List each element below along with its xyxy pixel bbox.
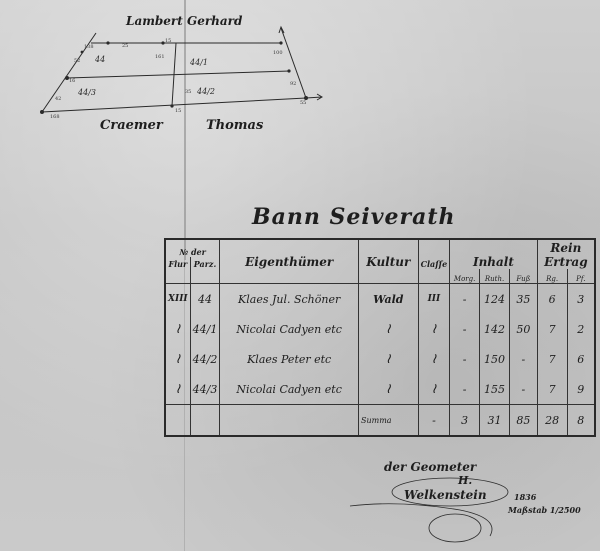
ruthen-cell: 142	[480, 314, 510, 344]
neighbor-owner-bottom-right: Thomas	[206, 118, 263, 133]
ditto-mark: ≀	[386, 321, 391, 337]
fuss-cell: -	[509, 374, 537, 405]
pf-cell: 9	[567, 374, 595, 405]
morgen-cell: -	[450, 284, 480, 315]
svg-text:168: 168	[50, 114, 60, 120]
header-ruthen: Ruth.	[480, 269, 510, 284]
summa-label: Summa	[358, 405, 418, 437]
ruthen-cell: 150	[480, 344, 510, 374]
header-morgen: Morg.	[450, 269, 480, 284]
svg-text:44/2: 44/2	[196, 87, 215, 96]
flur-cell: ≀	[165, 314, 190, 344]
signature-year: 1836	[514, 492, 536, 502]
pf-cell: 6	[567, 344, 595, 374]
geometer-signature: Welkenstein	[404, 488, 487, 502]
summa-pf: 8	[567, 405, 595, 437]
rg-cell: 6	[537, 284, 567, 315]
pf-cell: 2	[567, 314, 595, 344]
header-reinertrag: Rein Ertrag	[537, 239, 595, 269]
owner-cell: Klaes Peter etc	[220, 344, 359, 374]
table-row: ≀ 44/3 Nicolai Cadyen etc ≀ ≀ - 155 - 7 …	[165, 374, 595, 405]
flur-cell: XIII	[165, 284, 190, 315]
fuss-cell: 50	[509, 314, 537, 344]
ditto-mark: ≀	[386, 351, 391, 367]
svg-text:44: 44	[94, 55, 105, 64]
kultur-cell: Wald	[358, 284, 418, 315]
parcel-sketch-map: 44 44/1 44/3 44/2 138 25 15 161 100 35 1…	[0, 0, 600, 150]
kultur-cell: ≀	[358, 344, 418, 374]
header-parzelle: Parz.	[190, 257, 220, 269]
header-kultur: Kultur	[358, 239, 418, 269]
owner-cell: Nicolai Cadyen etc	[220, 374, 359, 405]
ruthen-cell: 124	[480, 284, 510, 315]
ditto-mark: ≀	[431, 321, 436, 337]
svg-text:25: 25	[122, 43, 128, 49]
svg-text:161: 161	[155, 54, 165, 60]
svg-text:55: 55	[300, 100, 306, 106]
geometer-label: der Geometer	[384, 460, 476, 474]
header-inhalt: Inhalt	[450, 239, 538, 269]
parzelle-cell: 44	[190, 284, 220, 315]
neighbor-owner-bottom-left: Craemer	[100, 118, 163, 133]
parzelle-cell: 44/1	[190, 314, 220, 344]
pf-cell: 3	[567, 284, 595, 315]
kultur-cell: ≀	[358, 374, 418, 405]
rg-cell: 7	[537, 314, 567, 344]
svg-text:15: 15	[165, 38, 171, 44]
ditto-mark: ≀	[431, 381, 436, 397]
klasse-cell: ≀	[418, 344, 450, 374]
document-title: Bann Seiverath	[252, 204, 456, 230]
flur-cell: ≀	[165, 344, 190, 374]
header-nr-der: № der	[165, 239, 220, 257]
parzelle-cell: 44/2	[190, 344, 220, 374]
svg-text:44/1: 44/1	[189, 58, 208, 67]
svg-text:100: 100	[273, 50, 283, 56]
rg-cell: 7	[537, 374, 567, 405]
ditto-mark: ≀	[175, 381, 180, 397]
header-flur: Flur	[165, 257, 190, 269]
svg-text:92: 92	[290, 81, 296, 87]
svg-text:52: 52	[74, 58, 80, 64]
header-rg: Rg.	[537, 269, 567, 284]
table-row: ≀ 44/1 Nicolai Cadyen etc ≀ ≀ - 142 50 7…	[165, 314, 595, 344]
svg-text:42: 42	[55, 96, 61, 102]
morgen-cell: -	[450, 314, 480, 344]
svg-text:15: 15	[175, 108, 181, 114]
rg-cell: 7	[537, 344, 567, 374]
kultur-cell: ≀	[358, 314, 418, 344]
map-scale: Maßstab 1/2500	[508, 505, 581, 515]
summa-fuss: 85	[509, 405, 537, 437]
header-klasse: Claſſe	[418, 239, 450, 269]
geometer-initial: H.	[458, 474, 472, 487]
parzelle-cell: 44/3	[190, 374, 220, 405]
summa-morgen: 3	[450, 405, 480, 437]
flur-cell: ≀	[165, 374, 190, 405]
owner-cell: Nicolai Cadyen etc	[220, 314, 359, 344]
svg-text:44/3: 44/3	[77, 88, 96, 97]
summa-rg: 28	[537, 405, 567, 437]
klasse-cell: ≀	[418, 374, 450, 405]
klasse-cell: III	[418, 284, 450, 315]
fuss-cell: 35	[509, 284, 537, 315]
summa-klasse: -	[418, 405, 450, 437]
ditto-mark: ≀	[175, 321, 180, 337]
ditto-mark: ≀	[431, 351, 436, 367]
header-eigenthuemer: Eigenthümer	[220, 239, 359, 269]
klasse-cell: ≀	[418, 314, 450, 344]
neighbor-owner-top: Lambert Gerhard	[126, 14, 242, 28]
ditto-mark: ≀	[386, 381, 391, 397]
header-fuss: Fuß	[509, 269, 537, 284]
header-pf: Pf.	[567, 269, 595, 284]
summa-ruthen: 31	[480, 405, 510, 437]
fuss-cell: -	[509, 344, 537, 374]
svg-text:35: 35	[185, 89, 191, 95]
ditto-mark: ≀	[175, 351, 180, 367]
svg-text:138: 138	[84, 44, 94, 50]
morgen-cell: -	[450, 344, 480, 374]
cadastral-register-table: № der Eigenthümer Kultur Claſſe Inhalt R…	[164, 238, 596, 437]
table-row: XIII 44 Klaes Jul. Schöner Wald III - 12…	[165, 284, 595, 315]
ruthen-cell: 155	[480, 374, 510, 405]
summa-row: Summa - 3 31 85 28 8	[165, 405, 595, 437]
table-row: ≀ 44/2 Klaes Peter etc ≀ ≀ - 150 - 7 6	[165, 344, 595, 374]
owner-cell: Klaes Jul. Schöner	[220, 284, 359, 315]
svg-text:16: 16	[69, 78, 75, 84]
morgen-cell: -	[450, 374, 480, 405]
